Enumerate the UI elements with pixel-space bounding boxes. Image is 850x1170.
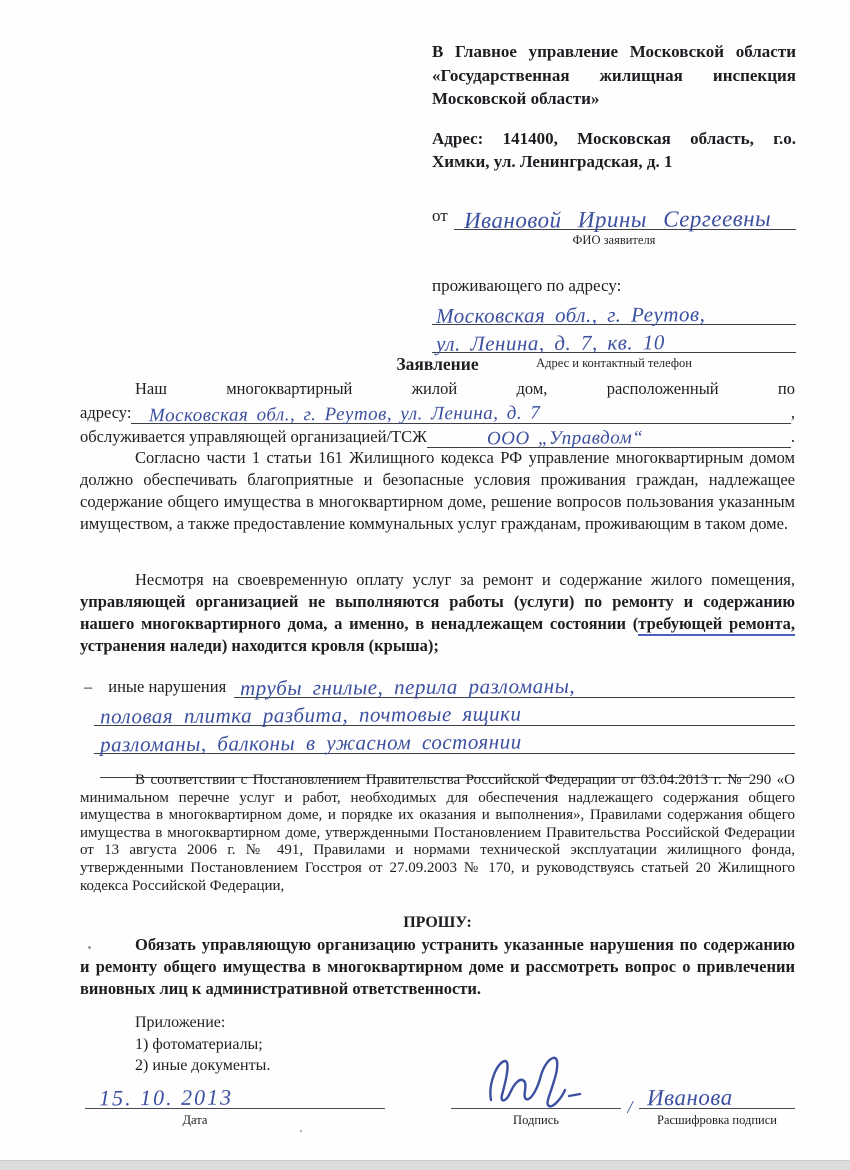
date-field: 15. 10. 2013	[85, 1066, 385, 1109]
from-label: от	[432, 204, 454, 230]
p3-bold-text-b: устранения наледи) находится кровля (кры…	[80, 636, 439, 655]
applicant-name-handwriting: Ивановой Ирины Сергеевны	[454, 207, 771, 233]
p1-organization-row: обслуживается управляющей организацией/Т…	[80, 424, 795, 448]
p1-line2-tail: ,	[791, 403, 795, 424]
attachment-label: Приложение:	[135, 1012, 795, 1034]
date-handwriting: 15. 10. 2013	[85, 1084, 233, 1111]
signature-field	[451, 1066, 621, 1109]
other-violations-block: – иные нарушения трубы гнилые, перила ра…	[80, 668, 795, 778]
address-field: Московская обл., г. Реутов, ул. Ленина, …	[131, 401, 790, 424]
p3-underlined-text: требующей ремонта,	[638, 614, 795, 636]
organization-field-label: обслуживается управляющей организацией/Т…	[80, 427, 427, 448]
signature-caption: Подпись	[451, 1113, 621, 1128]
address-field-label: адресу:	[80, 403, 131, 424]
fio-caption: ФИО заявителя	[432, 233, 796, 248]
document-title: Заявление	[80, 354, 795, 375]
paragraph-legal-references: В соответствии с Постановлением Правител…	[80, 772, 795, 895]
address-handwriting: Московская обл., г. Реутов, ул. Ленина, …	[131, 403, 540, 428]
signature-separator-stroke: /	[621, 1097, 639, 1128]
violations-row-1: – иные нарушения трубы гнилые, перила ра…	[80, 668, 795, 698]
violations-label: иные нарушения	[108, 677, 234, 698]
residing-address-handwriting-1: Московская обл., г. Реутов,	[432, 303, 706, 328]
organization-field: ООО „Управдом“	[427, 425, 791, 448]
p1-line3-tail: .	[791, 427, 795, 448]
violations-field-1: трубы гнилые, перила разломаны,	[234, 672, 795, 698]
residing-label: проживающего по адресу:	[432, 274, 796, 298]
from-line: от Ивановой Ирины Сергеевны	[432, 198, 796, 230]
scanned-document-page: В Главное управление Московской области …	[0, 0, 850, 1170]
residing-address-line-1: Московская обл., г. Реутов,	[432, 297, 796, 325]
transcript-handwriting: Иванова	[639, 1085, 733, 1112]
p3-normal-text: Несмотря на своевременную оплату услуг з…	[135, 570, 795, 589]
transcript-caption: Расшифровка подписи	[639, 1113, 795, 1128]
p1-address-row: адресу: Московская обл., г. Реутов, ул. …	[80, 400, 795, 424]
p1-line-1: Наш многоквартирный жилой дом, расположе…	[80, 378, 795, 400]
scan-edge-bottom	[0, 1160, 850, 1170]
recipient-block: В Главное управление Московской области …	[432, 40, 796, 371]
signature-block: Подпись	[451, 1066, 621, 1128]
residing-address-handwriting-2: ул. Ленина, д. 7, кв. 10	[432, 331, 665, 356]
date-caption: Дата	[85, 1113, 305, 1128]
transcript-block: Иванова Расшифровка подписи	[639, 1066, 795, 1128]
transcript-field: Иванова	[639, 1066, 795, 1109]
scan-speck-2	[300, 1130, 302, 1132]
attachment-item-1: 1) фотоматериалы;	[135, 1034, 795, 1056]
recipient-address: Адрес: 141400, Московская область, г.о. …	[432, 127, 796, 174]
list-dash: –	[80, 677, 108, 698]
signature-footer: 15. 10. 2013 Дата Подпись / Иванова Расш…	[80, 1066, 795, 1128]
violations-field-2: половая плитка разбита, почтовые ящики	[94, 698, 795, 726]
request-heading: ПРОШУ:	[80, 914, 795, 932]
violations-handwriting-2: половая плитка разбита, почтовые ящики	[94, 702, 522, 730]
recipient-text: В Главное управление Московской области …	[432, 40, 796, 111]
violations-handwriting-3: разломаны, балконы в ужасном состоянии	[94, 730, 522, 758]
request-text: Обязать управляющую организацию устранит…	[80, 934, 795, 1000]
date-block: 15. 10. 2013 Дата	[85, 1066, 385, 1128]
scan-speck	[88, 946, 91, 949]
signature-scribble	[479, 1054, 589, 1108]
paragraph-house-info: Наш многоквартирный жилой дом, расположе…	[80, 378, 795, 448]
violations-field-3: разломаны, балконы в ужасном состоянии	[94, 726, 795, 754]
applicant-name-field: Ивановой Ирины Сергеевны	[454, 205, 796, 230]
residing-address-line-2: ул. Ленина, д. 7, кв. 10	[432, 325, 796, 353]
violations-handwriting-1: трубы гнилые, перила разломаны,	[234, 674, 575, 701]
paragraph-housing-code: Согласно части 1 статьи 161 Жилищного ко…	[80, 447, 795, 535]
paragraph-violation: Несмотря на своевременную оплату услуг з…	[80, 569, 795, 657]
